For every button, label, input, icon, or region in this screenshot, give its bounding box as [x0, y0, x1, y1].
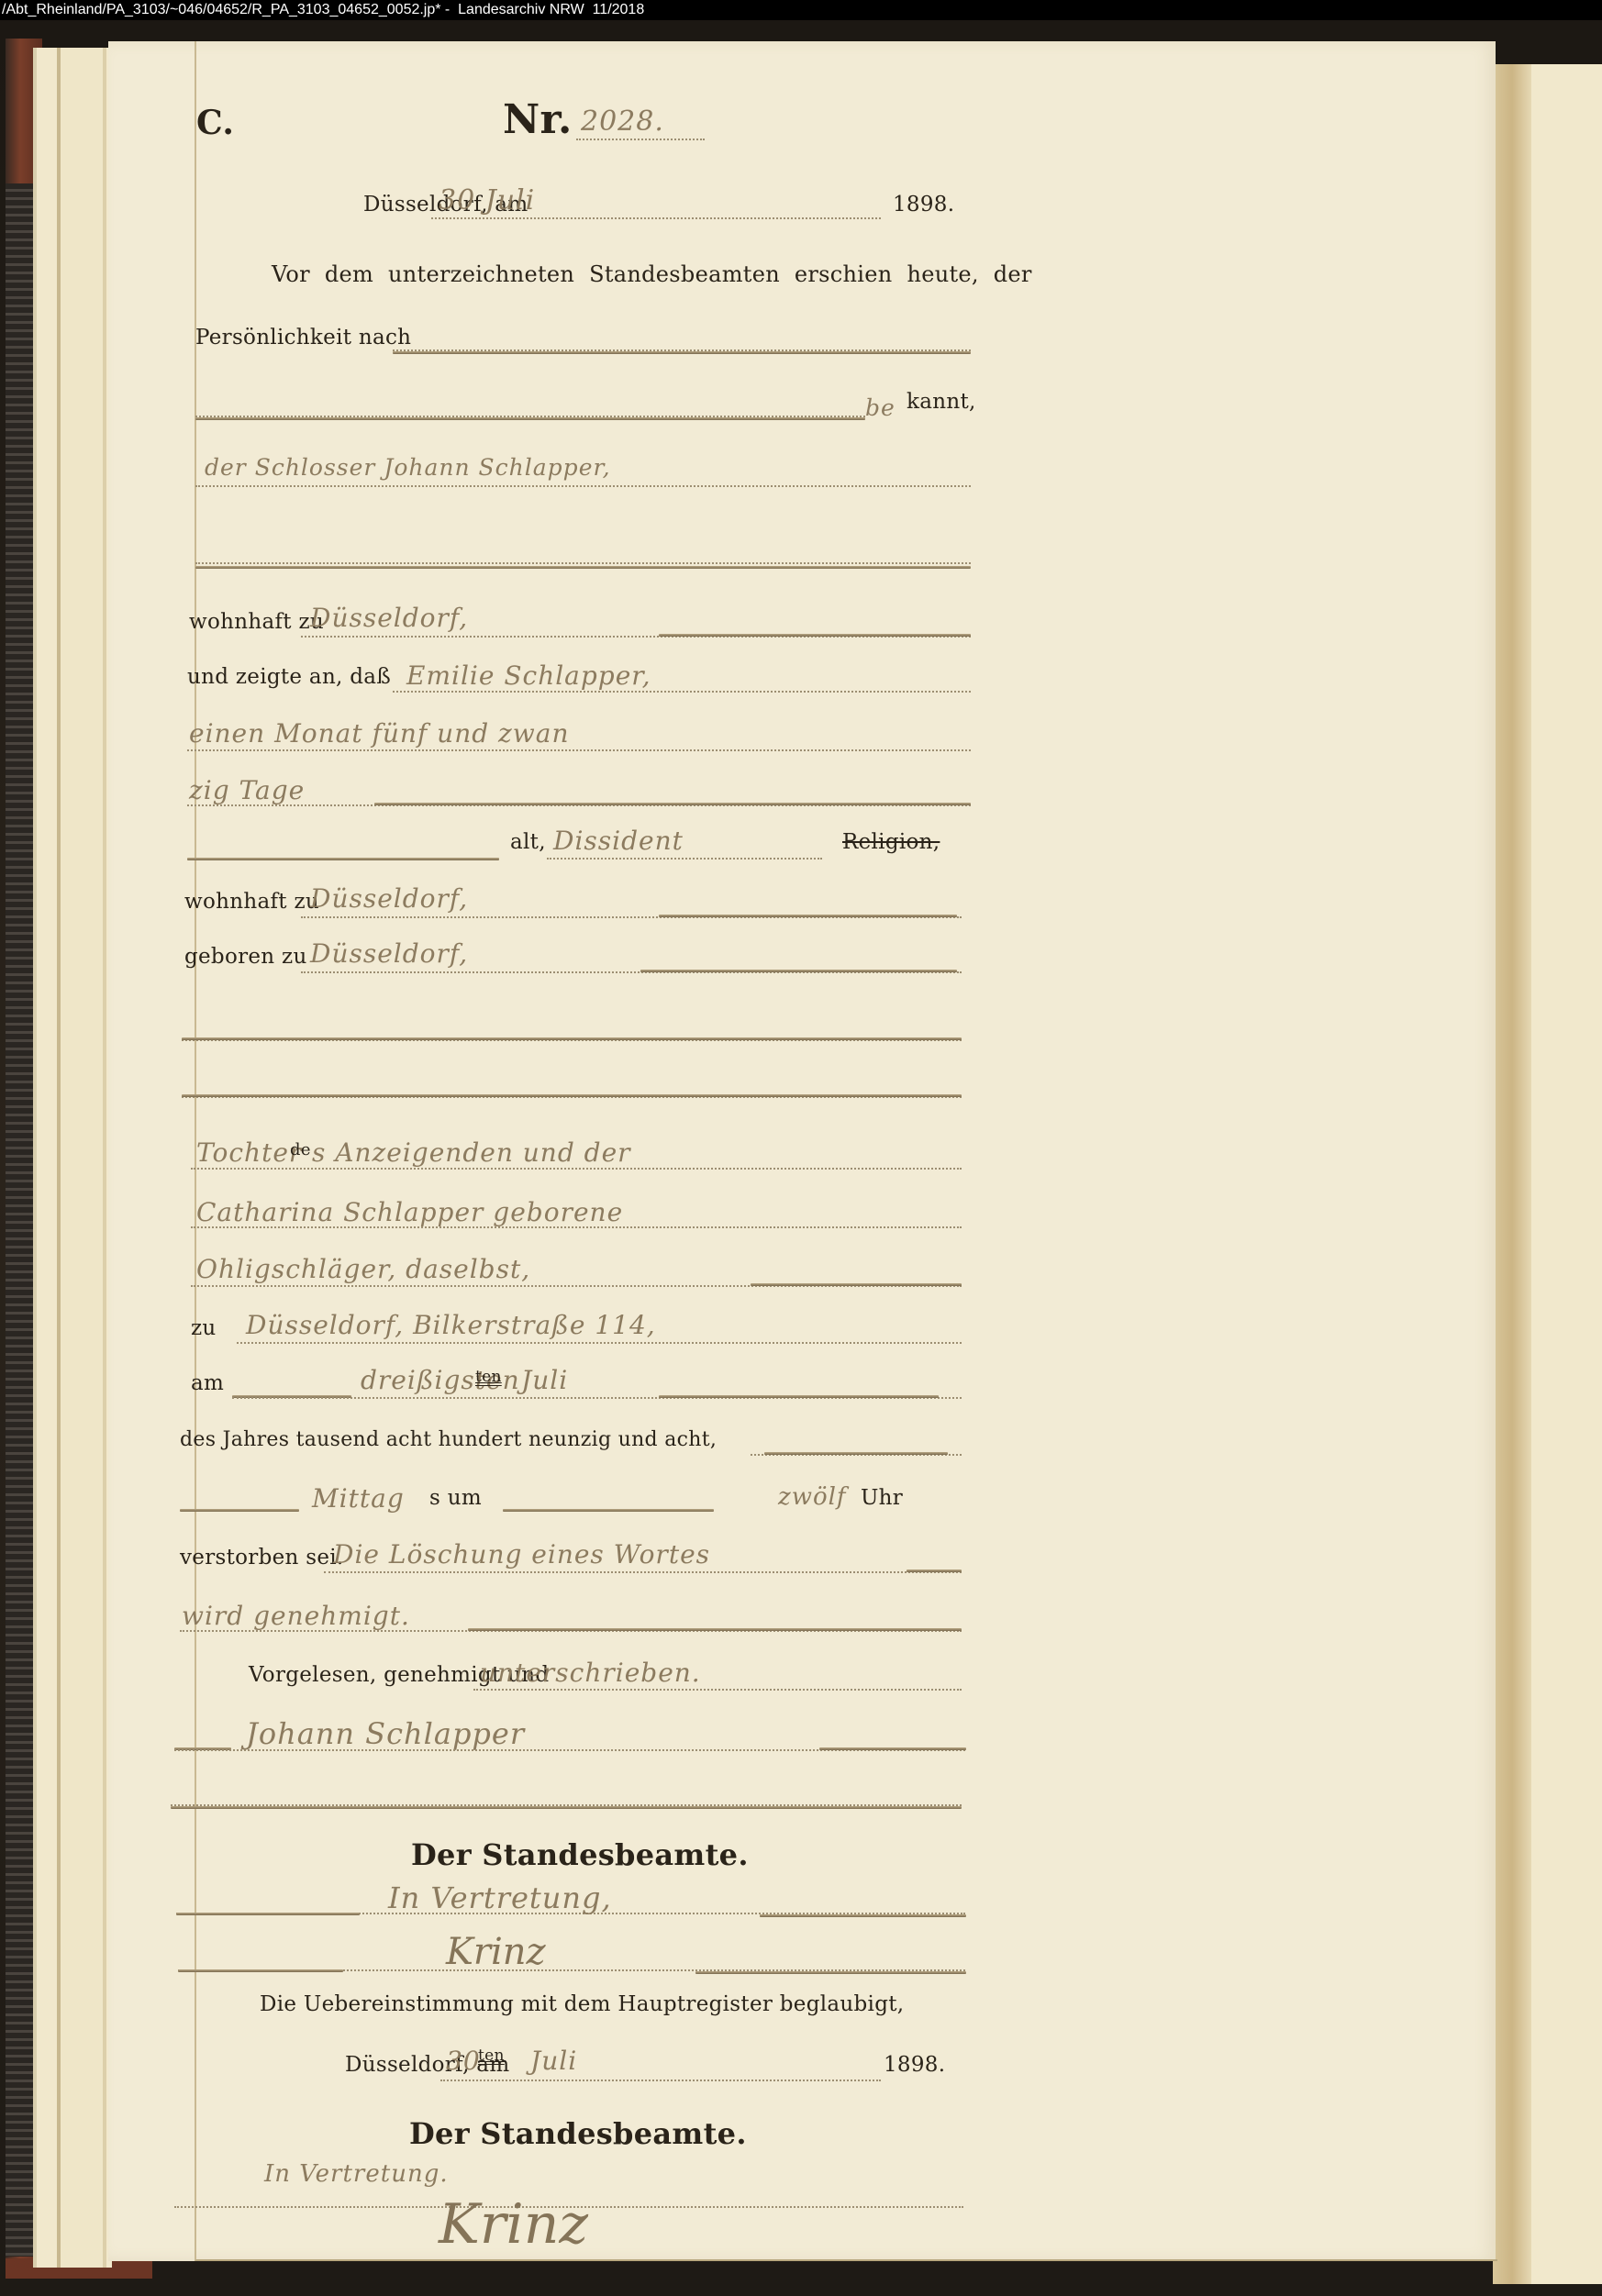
religion: Dissident — [553, 826, 684, 856]
dotted-line — [191, 1226, 962, 1228]
record-date: 30 Juli — [439, 184, 535, 216]
official-signature: Krinz — [446, 1931, 546, 1973]
record-number: 2028. — [581, 105, 664, 138]
rule-line — [659, 1395, 939, 1398]
rule-line — [393, 351, 971, 354]
rule-line — [182, 1094, 962, 1097]
rule-line — [195, 417, 865, 420]
rule-line — [171, 1806, 962, 1809]
deceased-residence: Düsseldorf, — [310, 883, 468, 914]
death-day-suffix: ten — [475, 1368, 502, 1386]
record-year: 1898. — [893, 193, 954, 216]
rule-line — [178, 1969, 343, 1972]
rule-line — [659, 634, 971, 637]
informant-signature: Johann Schlapper — [246, 1716, 525, 1751]
parents-prefix: Tochter — [196, 1137, 302, 1168]
address-label: zu — [191, 1316, 217, 1340]
cert-signature: Krinz — [439, 2192, 588, 2257]
known-suffix: kannt, — [907, 390, 976, 414]
remark-line-2: wird genehmigt. — [182, 1601, 410, 1631]
time-of-day: Mittag — [312, 1483, 405, 1514]
rule-line — [819, 1747, 966, 1750]
death-date-label: am — [191, 1371, 224, 1395]
dotted-line — [576, 139, 705, 140]
reported-label: und zeigte an, daß — [187, 665, 391, 689]
rule-line — [180, 1509, 299, 1512]
died-label: verstorben sei. — [180, 1546, 344, 1569]
intro-line-2-label: Persönlichkeit nach — [195, 326, 411, 349]
remark-line-1: Die Löschung eines Wortes — [333, 1539, 710, 1569]
dotted-line — [393, 691, 971, 693]
facing-page — [1531, 64, 1602, 2284]
number-label: Nr. — [503, 96, 573, 143]
certification-line: Die Uebereinstimmung mit dem Hauptregist… — [260, 1992, 904, 2016]
rule-line — [640, 970, 957, 972]
page-stack-edges — [33, 48, 112, 2268]
dotted-line — [440, 2080, 881, 2081]
cert-day-suffix: ten — [478, 2046, 505, 2065]
rule-line — [751, 1283, 962, 1286]
cert-deputy: In Vertretung. — [264, 2160, 449, 2188]
dotted-line — [473, 1689, 962, 1691]
intro-line-1: Vor dem unterzeichneten Standesbeamten e… — [272, 261, 1032, 287]
official-deputy: In Vertretung, — [388, 1880, 612, 1915]
official-heading: Der Standesbeamte. — [411, 1837, 749, 1872]
deceased-residence-label: wohnhaft zu — [184, 890, 319, 914]
read-handwritten: unterschrieben. — [480, 1658, 701, 1688]
window-title: /Abt_Rheinland/PA_3103/~046/04652/R_PA_3… — [0, 0, 1602, 20]
rule-line — [176, 1913, 360, 1915]
parents-line-2: Catharina Schlapper geborene — [196, 1197, 623, 1227]
parents-line-1: s Anzeigenden und der — [312, 1137, 631, 1168]
rule-line — [195, 566, 971, 569]
dotted-line — [195, 485, 971, 487]
rule-line — [468, 1628, 962, 1631]
rule-line — [659, 915, 957, 917]
religion-label: Religion, — [842, 830, 940, 854]
rule-line — [182, 1037, 962, 1040]
known-handwritten: be — [865, 394, 896, 421]
cert-year: 1898. — [884, 2053, 945, 2077]
parents-print: de — [290, 1140, 311, 1159]
address: Düsseldorf, Bilkerstraße 114, — [246, 1310, 656, 1340]
informant: der Schlosser Johann Schlapper, — [205, 454, 611, 481]
book-gutter — [1493, 64, 1531, 2284]
dotted-line — [431, 217, 881, 219]
dotted-line — [324, 1571, 962, 1573]
book-cover-ribbed — [6, 183, 33, 2257]
dotted-line — [187, 749, 971, 751]
birthplace-label: geboren zu — [184, 945, 307, 969]
death-month: Juli — [521, 1365, 568, 1395]
cert-heading: Der Standesbeamte. — [409, 2116, 747, 2151]
rule-line — [760, 1914, 966, 1917]
rule-line — [503, 1509, 714, 1512]
dotted-line — [191, 1168, 962, 1170]
informant-residence: Düsseldorf, — [310, 603, 468, 633]
rule-line — [764, 1452, 948, 1455]
dotted-line — [237, 1342, 962, 1344]
register-page: C. Nr. 2028. Düsseldorf, am 30 Juli 1898… — [108, 41, 1496, 2261]
age-suffix: alt, — [510, 830, 546, 854]
uhr-label: Uhr — [861, 1486, 903, 1510]
hour: zwölf — [778, 1483, 847, 1511]
birthplace: Düsseldorf, — [310, 938, 468, 969]
cert-month: Juli — [530, 2046, 577, 2076]
deceased-name: Emilie Schlapper, — [406, 660, 651, 691]
age-line-2: zig Tage — [189, 775, 305, 805]
series-letter: C. — [196, 104, 234, 142]
cert-day: 30 — [446, 2046, 481, 2076]
residence-label: wohnhaft zu — [189, 610, 324, 634]
rule-line — [907, 1569, 962, 1572]
parents-line-3: Ohligschläger, daselbst, — [196, 1254, 530, 1284]
rule-line — [187, 858, 499, 860]
year-line: des Jahres tausend acht hundert neunzig … — [180, 1428, 717, 1451]
rule-line — [695, 1971, 966, 1974]
time-suffix: s um — [429, 1486, 482, 1510]
age-line-1: einen Monat fünf und zwan — [189, 718, 570, 749]
rule-line — [374, 803, 971, 805]
dotted-line — [547, 858, 822, 860]
dotted-line — [195, 562, 971, 564]
